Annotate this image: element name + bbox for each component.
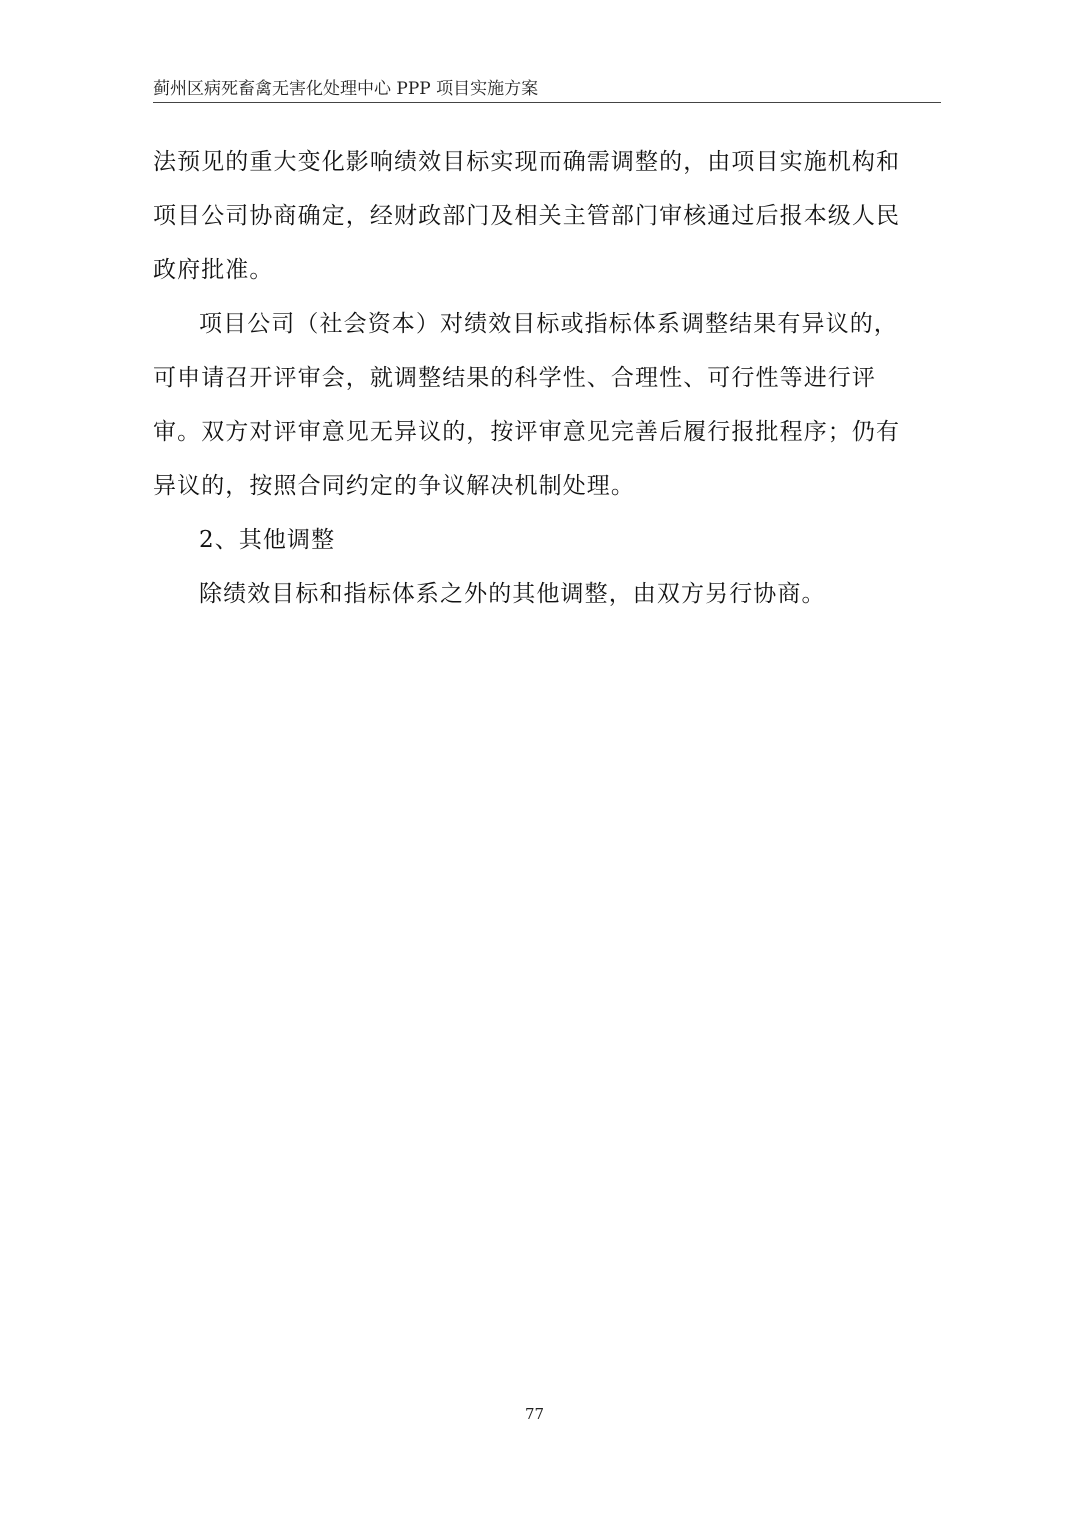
text-line: 除绩效目标和指标体系之外的其他调整，由双方另行协商。: [153, 567, 943, 621]
document-body: 法预见的重大变化影响绩效目标实现而确需调整的，由项目实施机构和 项目公司协商确定…: [153, 135, 943, 621]
paragraph-continuation: 法预见的重大变化影响绩效目标实现而确需调整的，由项目实施机构和 项目公司协商确定…: [153, 135, 943, 297]
section-heading-other-adjustments: 2、其他调整: [153, 513, 943, 567]
text-line: 法预见的重大变化影响绩效目标实现而确需调整的，由项目实施机构和: [153, 135, 943, 189]
text-line: 可申请召开评审会，就调整结果的科学性、合理性、可行性等进行评: [153, 351, 943, 405]
text-line: 项目公司协商确定，经财政部门及相关主管部门审核通过后报本级人民: [153, 189, 943, 243]
text-line: 政府批准。: [153, 243, 943, 297]
page-number: 77: [0, 1405, 1069, 1423]
document-title: 蓟州区病死畜禽无害化处理中心 PPP 项目实施方案: [153, 79, 538, 99]
text-line: 异议的，按照合同约定的争议解决机制处理。: [153, 459, 943, 513]
text-line: 审。双方对评审意见无异议的，按评审意见完善后履行报批程序；仍有: [153, 405, 943, 459]
paragraph-other-adjustments: 除绩效目标和指标体系之外的其他调整，由双方另行协商。: [153, 567, 943, 621]
heading-line: 2、其他调整: [153, 513, 943, 567]
paragraph-objection: 项目公司（社会资本）对绩效目标或指标体系调整结果有异议的， 可申请召开评审会，就…: [153, 297, 943, 513]
page-header: 蓟州区病死畜禽无害化处理中心 PPP 项目实施方案: [153, 76, 941, 103]
text-line: 项目公司（社会资本）对绩效目标或指标体系调整结果有异议的，: [153, 297, 943, 351]
